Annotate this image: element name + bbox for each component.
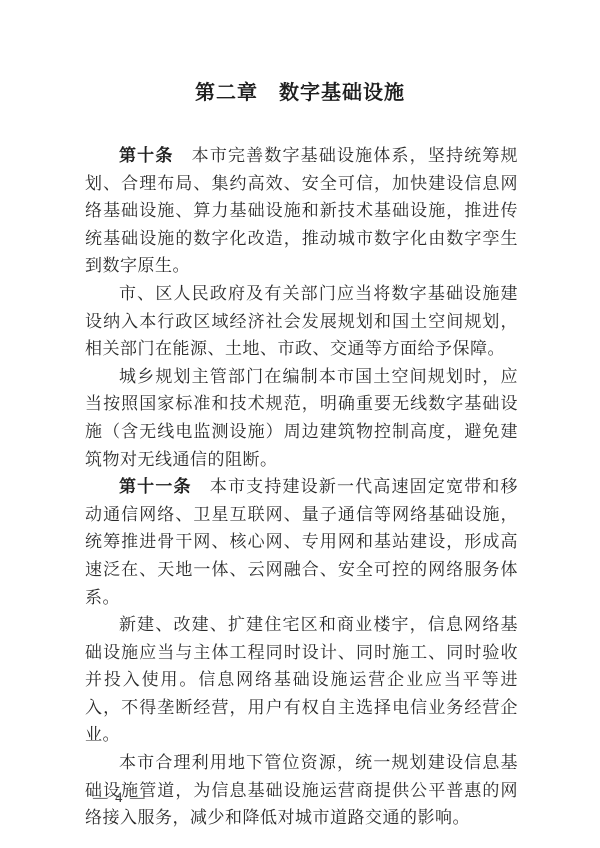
paragraph: 城乡规划主管部门在编制本市国土空间规划时，应当按照国家标准和技术规范，明确重要无… [85,363,518,473]
paragraph-text: 新建、改建、扩建住宅区和商业楼宇，信息网络基础设施应当与主体工程同时设计、同时施… [85,615,518,744]
document-page: 第二章 数字基础设施 第十条 本市完善数字基础设施体系，坚持统筹规划、合理布局、… [0,0,600,848]
paragraph-text: 本市支持建设新一代高速固定宽带和移动通信网络、卫星互联网、量子通信等网络基础设施… [85,477,518,606]
article-11-number: 第十一条 [119,477,210,496]
paragraph-text: 本市完善数字基础设施体系，坚持统筹规划、合理布局、集约高效、安全可信，加快建设信… [85,146,518,275]
paragraph-text: 本市合理利用地下管位资源，统一规划建设信息基础设施管道，为信息基础设施运营商提供… [85,753,518,827]
chapter-title: 第二章 数字基础设施 [0,0,600,105]
paragraph: 本市合理利用地下管位资源，统一规划建设信息基础设施管道，为信息基础设施运营商提供… [85,749,518,832]
paragraph-article-10: 第十条 本市完善数字基础设施体系，坚持统筹规划、合理布局、集约高效、安全可信，加… [85,142,518,280]
paragraph: 新建、改建、扩建住宅区和商业楼宇，信息网络基础设施应当与主体工程同时设计、同时施… [85,611,518,749]
paragraph-text: 城乡规划主管部门在编制本市国土空间规划时，应当按照国家标准和技术规范，明确重要无… [85,367,518,469]
document-body: 第十条 本市完善数字基础设施体系，坚持统筹规划、合理布局、集约高效、安全可信，加… [0,142,600,832]
paragraph-text: 市、区人民政府及有关部门应当将数字基础设施建设纳入本行政区域经济社会发展规划和国… [85,284,518,358]
paragraph-article-11: 第十一条 本市支持建设新一代高速固定宽带和移动通信网络、卫星互联网、量子通信等网… [85,473,518,611]
page-number: — 4 — [93,790,147,807]
paragraph: 市、区人民政府及有关部门应当将数字基础设施建设纳入本行政区域经济社会发展规划和国… [85,280,518,363]
article-10-number: 第十条 [119,146,192,165]
